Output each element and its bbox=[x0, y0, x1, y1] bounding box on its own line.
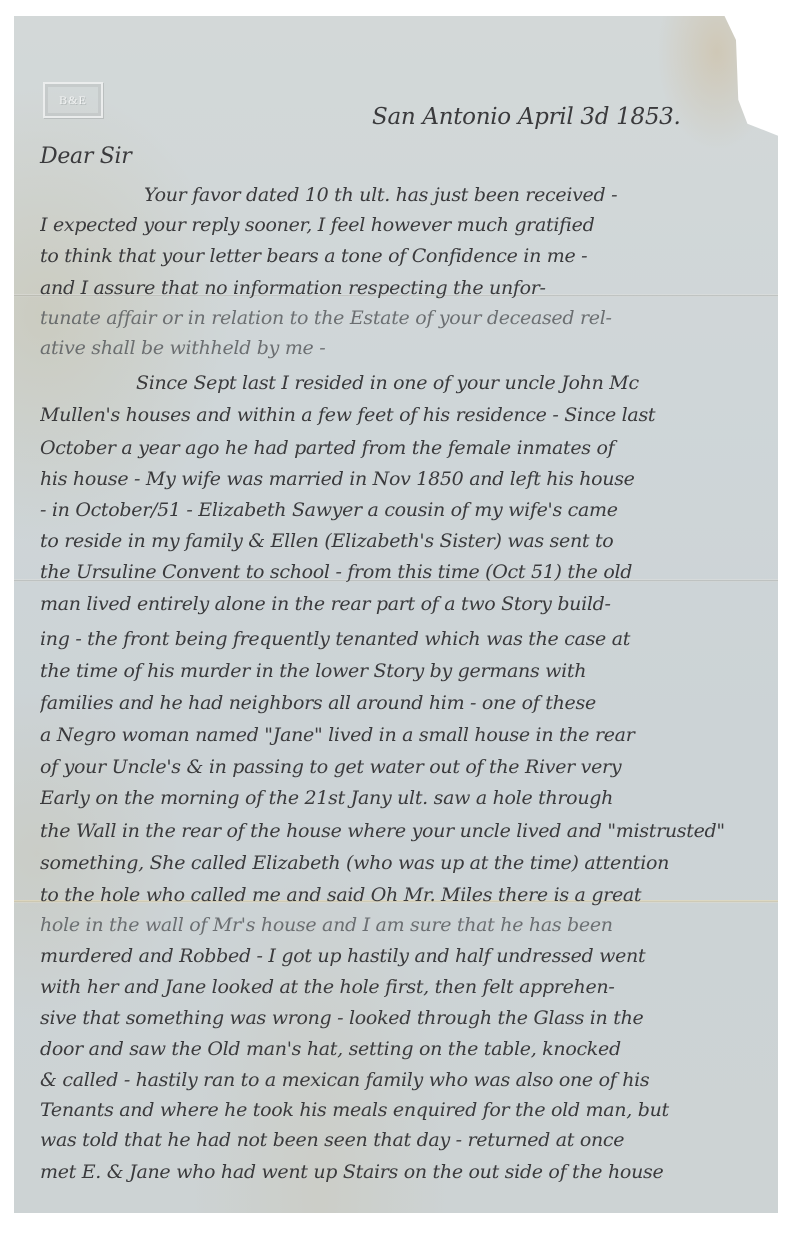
letter-line: tunate affair or in relation to the Esta… bbox=[40, 307, 780, 329]
letter-line: Your favor dated 10 th ult. has just bee… bbox=[144, 184, 780, 206]
letter-line: - in October/51 - Elizabeth Sawyer a cou… bbox=[40, 499, 780, 521]
letter-line: murdered and Robbed - I got up hastily a… bbox=[40, 945, 780, 967]
letter-line: the Wall in the rear of the house where … bbox=[40, 820, 780, 842]
letter-line: Since Sept last I resided in one of your… bbox=[136, 372, 780, 394]
letter-line: I expected your reply sooner, I feel how… bbox=[40, 214, 780, 236]
letter-line: to the hole who called me and said Oh Mr… bbox=[40, 884, 780, 906]
letter-line: families and he had neighbors all around… bbox=[40, 692, 780, 714]
letter-line: door and saw the Old man's hat, setting … bbox=[40, 1038, 780, 1060]
letter-line: sive that something was wrong - looked t… bbox=[40, 1007, 780, 1029]
letter-line: the time of his murder in the lower Stor… bbox=[40, 660, 780, 682]
letter-line: & called - hastily ran to a mexican fami… bbox=[40, 1069, 780, 1091]
letter-line: to reside in my family & Ellen (Elizabet… bbox=[40, 530, 780, 552]
letter-line: ing - the front being frequently tenante… bbox=[40, 628, 780, 650]
letter-line: something, She called Elizabeth (who was… bbox=[40, 852, 780, 874]
letter-line: Early on the morning of the 21st Jany ul… bbox=[40, 787, 780, 809]
letter-line: the Ursuline Convent to school - from th… bbox=[40, 561, 780, 583]
letter-line: and I assure that no information respect… bbox=[40, 277, 780, 299]
letter-line: of your Uncle's & in passing to get wate… bbox=[40, 756, 780, 778]
letter-line: hole in the wall of Mr's house and I am … bbox=[40, 914, 780, 936]
dateline: San Antonio April 3d 1853. bbox=[372, 104, 681, 130]
letter-line: ative shall be withheld by me - bbox=[40, 337, 780, 359]
letter-page: B&E San Antonio April 3d 1853. Dear Sir … bbox=[14, 16, 778, 1213]
letter-line: to think that your letter bears a tone o… bbox=[40, 245, 780, 267]
letter-line: a Negro woman named "Jane" lived in a sm… bbox=[40, 724, 780, 746]
letter-line: was told that he had not been seen that … bbox=[40, 1129, 780, 1151]
letter-line: his house - My wife was married in Nov 1… bbox=[40, 468, 780, 490]
letter-line: Tenants and where he took his meals enqu… bbox=[40, 1099, 780, 1121]
letter-line: with her and Jane looked at the hole fir… bbox=[40, 976, 780, 998]
letter-line: Mullen's houses and within a few feet of… bbox=[40, 404, 780, 426]
letter-line: met E. & Jane who had went up Stairs on … bbox=[40, 1161, 780, 1183]
embossed-stationer-mark: B&E bbox=[43, 82, 103, 118]
salutation: Dear Sir bbox=[40, 144, 132, 169]
letter-line: man lived entirely alone in the rear par… bbox=[40, 593, 780, 615]
letter-line: October a year ago he had parted from th… bbox=[40, 437, 780, 459]
